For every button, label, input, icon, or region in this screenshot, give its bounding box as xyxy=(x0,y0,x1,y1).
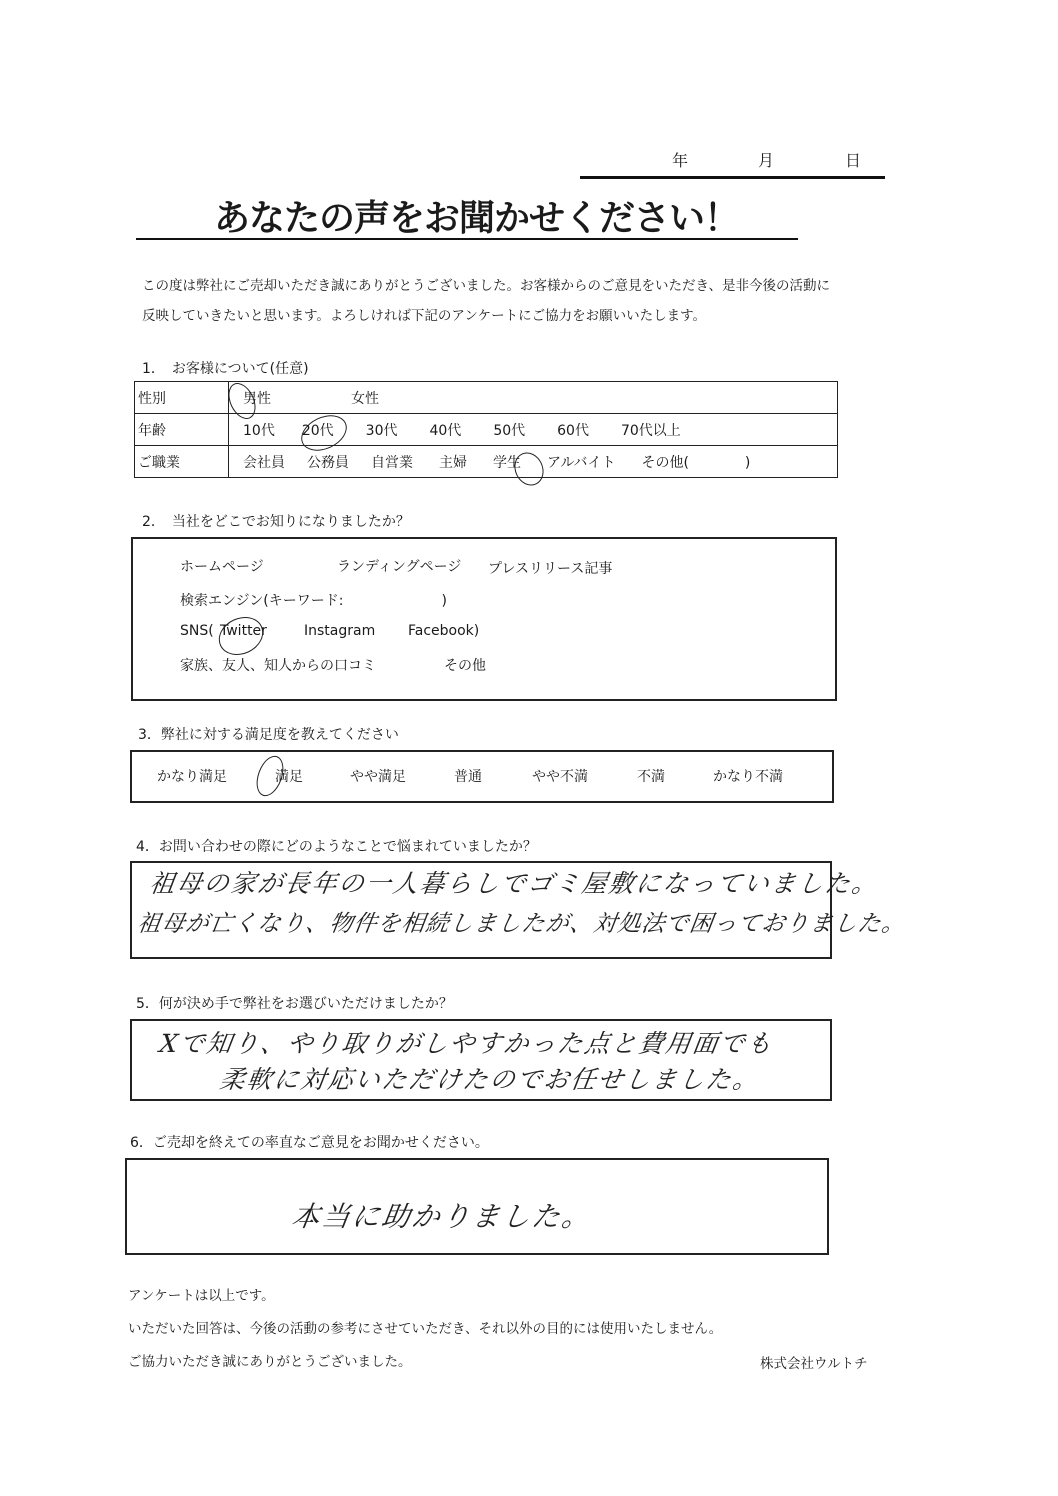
age-label: 年齢 xyxy=(135,414,229,446)
gender-label: 性別 xyxy=(135,382,229,414)
age-row: 年齢 10代 20代 30代 40代 50代 60代 70代以上 xyxy=(135,414,838,446)
section2-heading: 2． 当社をどこでお知りになりましたか？ xyxy=(142,511,410,531)
option-other[interactable]: その他( ) xyxy=(641,452,750,472)
option-homemaker[interactable]: 主婦 xyxy=(439,452,467,472)
option-self-employed[interactable]: 自営業 xyxy=(371,452,413,472)
option-70s-plus[interactable]: 70代以上 xyxy=(621,420,681,440)
footer-line-3: ご協力いただき誠にありがとうございました。 xyxy=(128,1350,412,1370)
page-title: あなたの声をお聞かせください！ xyxy=(214,190,739,241)
option-50s[interactable]: 50代 xyxy=(493,420,525,440)
feedback-answer: 本当に助かりました。 xyxy=(289,1195,595,1235)
section6-heading: 6．ご売却を終えての率直なご意見をお聞かせください。 xyxy=(130,1132,489,1152)
company-name: 株式会社ウルトチ xyxy=(760,1352,868,1372)
option-30s[interactable]: 30代 xyxy=(366,420,398,440)
year-label: 年 xyxy=(672,148,688,171)
option-landing-page[interactable]: ランディングページ xyxy=(337,556,461,576)
option-press-release[interactable]: プレスリリース記事 xyxy=(488,558,612,578)
option-company-employee[interactable]: 会社員 xyxy=(243,452,285,472)
footer-line-1: アンケートは以上です。 xyxy=(128,1284,275,1304)
deciding-factor-line-2: 柔軟に対応いただけたのでお任せしました。 xyxy=(217,1060,762,1096)
option-dissatisfied[interactable]: 不満 xyxy=(637,766,665,786)
option-facebook[interactable]: Facebook) xyxy=(408,623,479,639)
option-somewhat-dissatisfied[interactable]: やや不満 xyxy=(532,766,588,786)
option-somewhat-satisfied[interactable]: やや満足 xyxy=(350,766,406,786)
occupation-row: ご職業 会社員 公務員 自営業 主婦 学生 アルバイト その他( ) xyxy=(135,446,838,478)
option-very-dissatisfied[interactable]: かなり不満 xyxy=(713,766,783,786)
section5-heading: 5．何が決め手で弊社をお選びいただけましたか？ xyxy=(136,993,453,1013)
deciding-factor-line-1: Xで知り、やり取りがしやすかった点と費用面でも xyxy=(157,1024,776,1060)
option-word-of-mouth[interactable]: 家族、友人、知人からの口コミ xyxy=(180,655,376,675)
option-10s[interactable]: 10代 xyxy=(243,420,275,440)
section4-heading: 4．お問い合わせの際にどのようなことで悩まれていましたか？ xyxy=(136,836,537,856)
option-other-source[interactable]: その他 xyxy=(444,655,486,675)
option-sns-label: SNS( xyxy=(180,623,214,639)
option-60s[interactable]: 60代 xyxy=(557,420,589,440)
intro-line-2: 反映していきたいと思います。よろしければ下記のアンケートにご協力をお願いいたしま… xyxy=(142,304,706,324)
intro-line-1: この度は弊社にご売却いただき誠にありがとうございました。お客様からのご意見をいた… xyxy=(142,274,830,294)
section1-heading: 1． お客様について(任意) xyxy=(142,358,309,378)
option-neutral[interactable]: 普通 xyxy=(454,766,482,786)
option-civil-servant[interactable]: 公務員 xyxy=(307,452,349,472)
option-instagram[interactable]: Instagram xyxy=(304,623,375,639)
month-label: 月 xyxy=(758,148,774,171)
option-very-satisfied[interactable]: かなり満足 xyxy=(157,766,227,786)
option-female[interactable]: 女性 xyxy=(351,388,379,408)
option-search-engine[interactable]: 検索エンジン(キーワード: ) xyxy=(180,590,447,610)
title-underline xyxy=(136,238,798,240)
day-label: 日 xyxy=(845,148,861,171)
option-part-time[interactable]: アルバイト xyxy=(547,452,615,472)
occupation-label: ご職業 xyxy=(135,446,229,478)
concern-answer-line-1: 祖母の家が長年の一人暮らしでゴミ屋敷になっていました。 xyxy=(147,864,881,900)
date-field[interactable]: 年 月 日 xyxy=(580,146,885,179)
section3-heading: 3．弊社に対する満足度を教えてください xyxy=(138,724,399,744)
option-homepage[interactable]: ホームページ xyxy=(180,556,264,576)
concern-answer-line-2: 祖母が亡くなり、物件を相続しましたが、対処法で困っておりました。 xyxy=(136,905,909,938)
option-40s[interactable]: 40代 xyxy=(429,420,461,440)
footer-line-2: いただいた回答は、今後の活動の参考にさせていただき、それ以外の目的には使用いたし… xyxy=(128,1317,722,1337)
